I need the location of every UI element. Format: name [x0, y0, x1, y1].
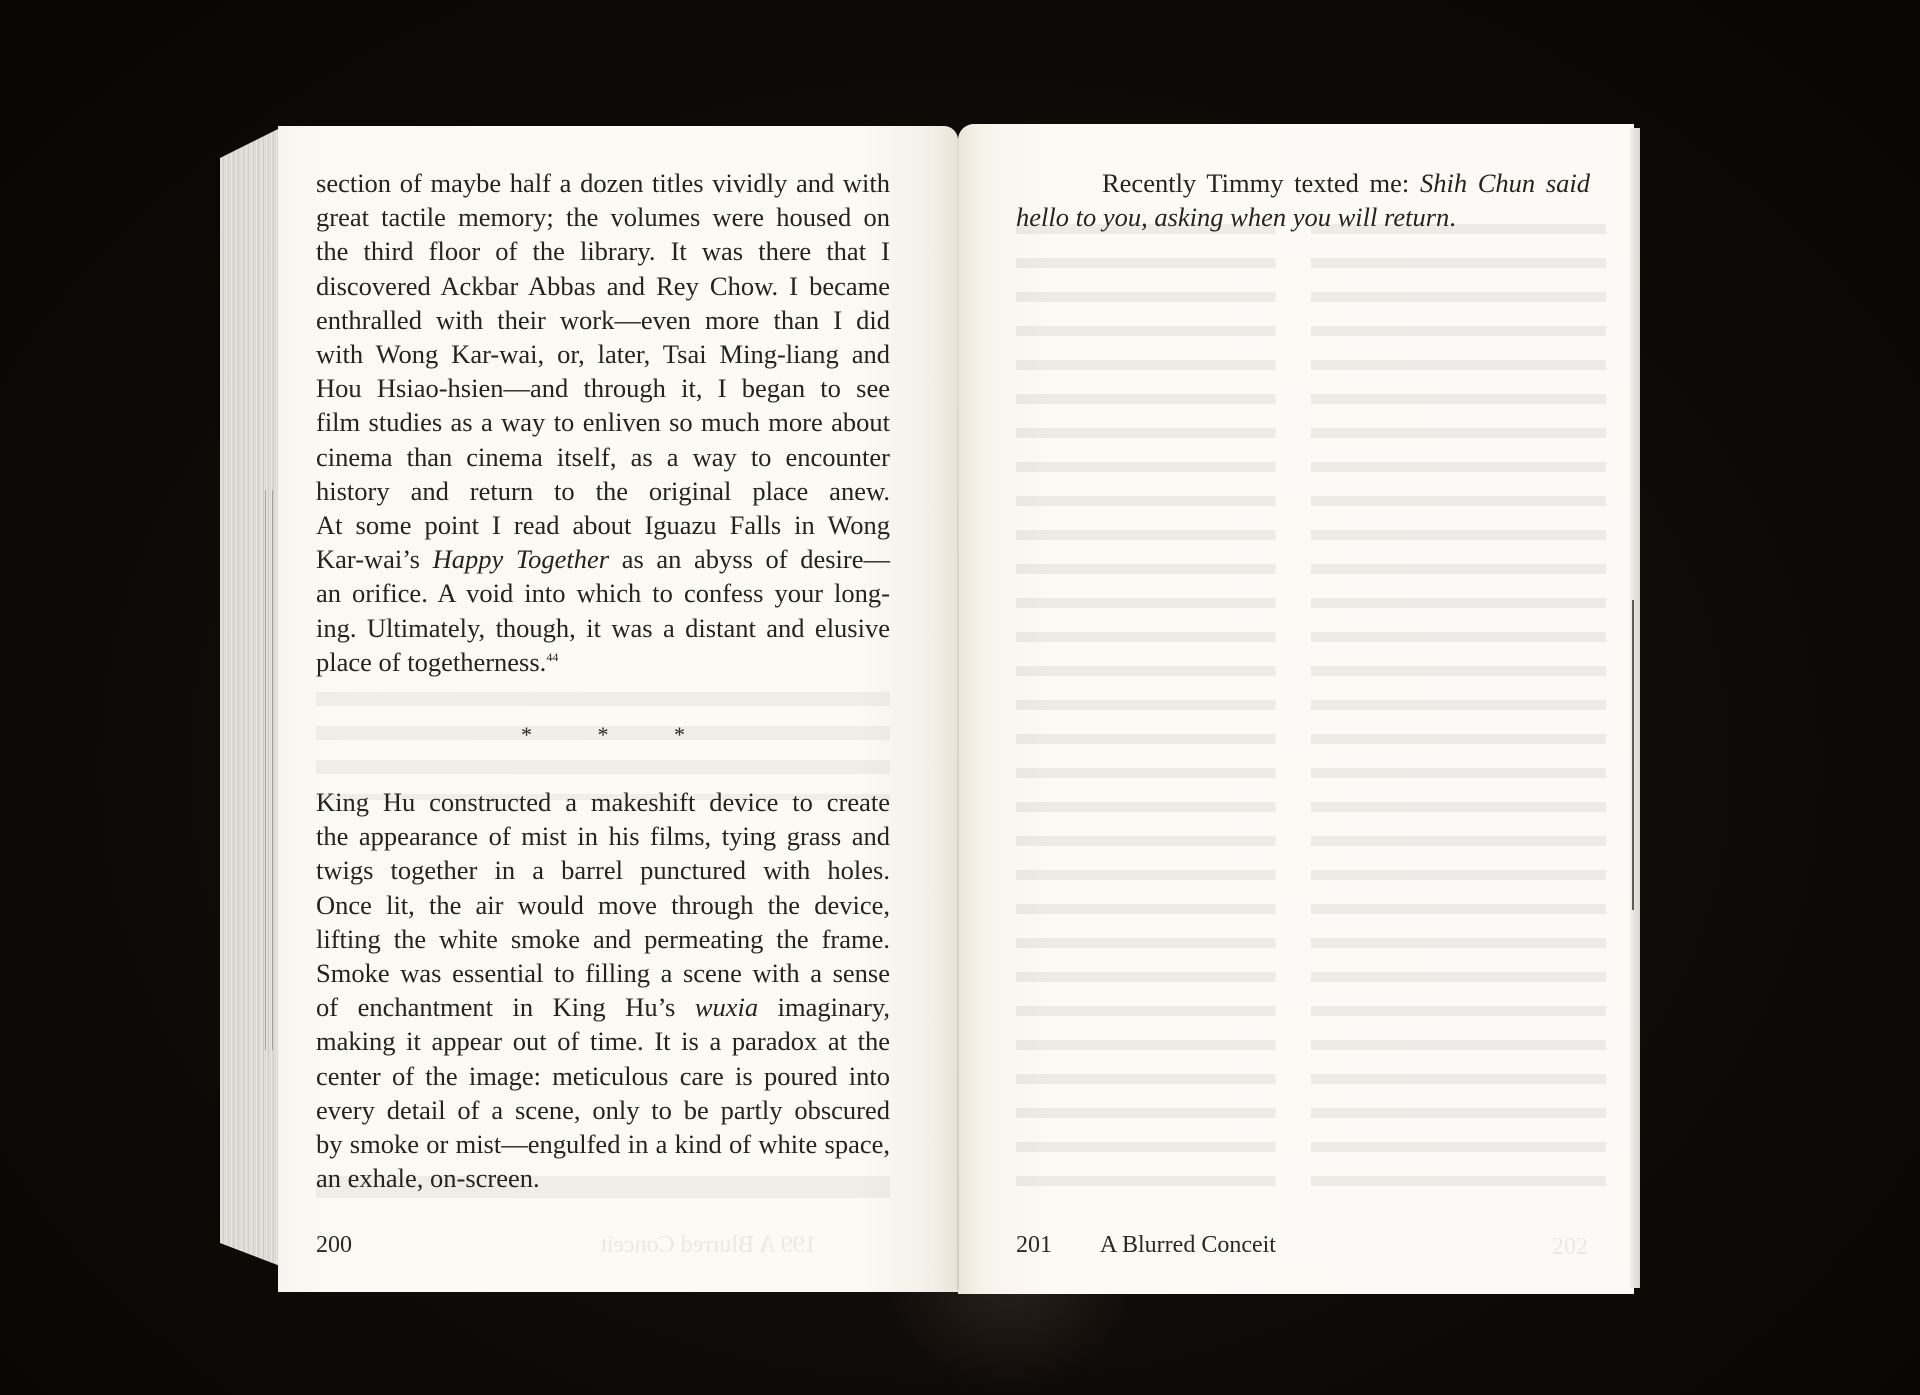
show-through-folio: 202: [1552, 1234, 1588, 1261]
genre-term: wuxia: [695, 992, 758, 1022]
show-through-notes: [1016, 210, 1606, 1190]
text-line: ing. Ultimately, though, it was a distan…: [316, 611, 890, 645]
section-break-asterisks: * * *: [316, 722, 890, 748]
text-line: making it appear out of time. It is a pa…: [316, 1024, 890, 1058]
text-line: enthralled with their work—even more tha…: [316, 303, 890, 337]
right-paragraph: Recently Timmy texted me: Shih Chun said…: [1016, 166, 1590, 234]
text-line: discovered Ackbar Abbas and Rey Chow. I …: [316, 269, 890, 303]
text-line: an exhale, on-screen.: [316, 1161, 890, 1195]
left-paragraph-1: section of maybe half a dozen titles viv…: [316, 166, 890, 679]
text-line: section of maybe half a dozen titles viv…: [316, 166, 890, 200]
text-line: Recently Timmy texted me: Shih Chun said: [1016, 166, 1590, 200]
hand-shadow: [880, 1280, 1140, 1395]
page-number-right: 201: [1016, 1232, 1052, 1259]
text-line: an orifice. A void into which to confess…: [316, 576, 890, 610]
page-number-left: 200: [316, 1232, 352, 1259]
book-gutter: [957, 140, 959, 1290]
text-line: history and return to the original place…: [316, 474, 890, 508]
text-line: great tactile memory; the volumes were h…: [316, 200, 890, 234]
text-line: the appearance of mist in his films, tyi…: [316, 819, 890, 853]
text-line: Kar-wai’s Happy Together as an abyss of …: [316, 542, 890, 576]
quoted-message: hello to you, asking when you will retur…: [1016, 202, 1449, 232]
text-line: of enchantment in King Hu’s wuxia imagin…: [316, 990, 890, 1024]
left-paragraph-2: King Hu constructed a makeshift device t…: [316, 785, 890, 1195]
text-line: by smoke or mist—engulfed in a kind of w…: [316, 1127, 890, 1161]
text-line: with Wong Kar-wai, or, later, Tsai Ming-…: [316, 337, 890, 371]
text-line: Smoke was essential to filling a scene w…: [316, 956, 890, 990]
text-line: place of togetherness.44: [316, 645, 890, 679]
text-line: hello to you, asking when you will retur…: [1016, 200, 1590, 234]
text-line: Hou Hsiao-hsien—and through it, I began …: [316, 371, 890, 405]
text-line: At some point I read about Iguazu Falls …: [316, 508, 890, 542]
text-line: film studies as a way to enliven so much…: [316, 405, 890, 439]
show-through-footer: 199 A Blurred Conceit: [600, 1232, 817, 1259]
right-edge-shadow-line: [1632, 600, 1634, 910]
running-title: A Blurred Conceit: [1100, 1232, 1276, 1259]
text-line: the third floor of the library. It was t…: [316, 234, 890, 268]
text-line: Once lit, the air would move through the…: [316, 888, 890, 922]
text-line: lifting the white smoke and permeating t…: [316, 922, 890, 956]
text-line: King Hu constructed a makeshift device t…: [316, 785, 890, 819]
text-line: twigs together in a barrel punctured wit…: [316, 853, 890, 887]
text-line: every detail of a scene, only to be part…: [316, 1093, 890, 1127]
footnote-reference: 44: [546, 650, 558, 664]
film-title: Happy Together: [433, 544, 610, 574]
text-line: center of the image: meticulous care is …: [316, 1059, 890, 1093]
quoted-message: Shih Chun said: [1420, 168, 1590, 198]
text-line: cinema than cinema itself, as a way to e…: [316, 440, 890, 474]
